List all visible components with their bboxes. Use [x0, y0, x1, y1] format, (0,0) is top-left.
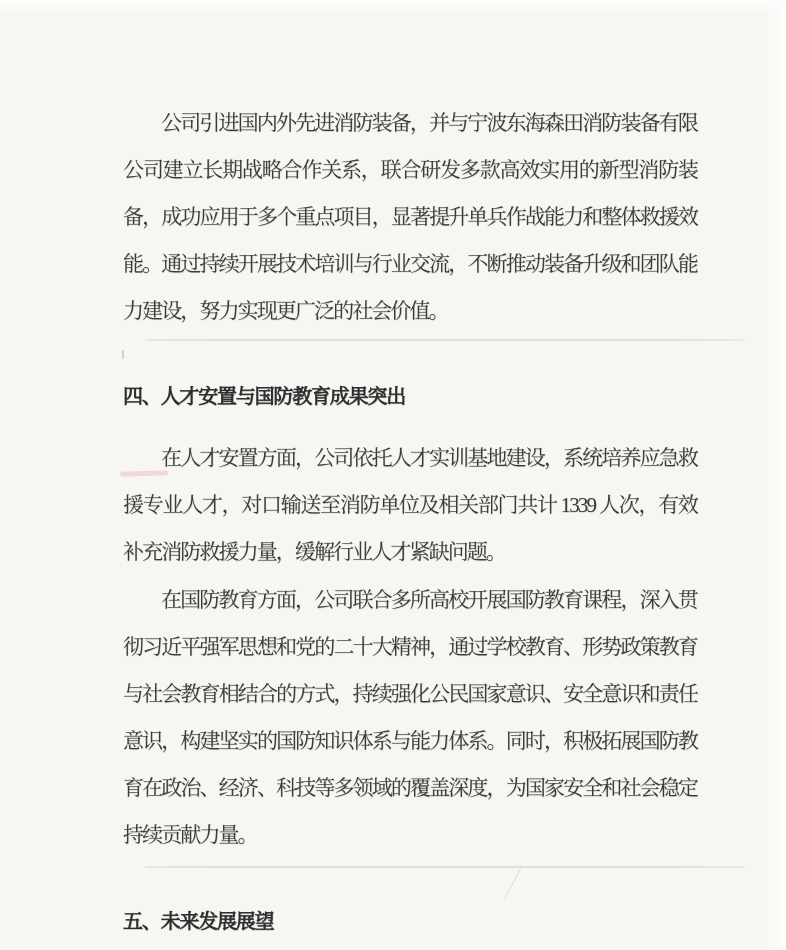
scan-artifact-speck [122, 350, 124, 359]
paragraph-talent-placement: 在人才安置方面，公司依托人才实训基地建设，系统培养应急救援专业人才，对口输送至消… [123, 435, 697, 576]
section-heading-4-talent-defense-education: 四、人才安置与国防教育成果突出 [123, 383, 697, 411]
paragraph-defense-education: 在国防教育方面，公司联合多所高校开展国防教育课程，深入贯彻习近平强军思想和党的二… [123, 577, 697, 859]
section-divider [145, 339, 745, 341]
scan-edge-highlight [778, 0, 786, 950]
document-content: 公司引进国内外先进消防装备，并与宁波东海森田消防装备有限公司建立长期战略合作关系… [123, 0, 697, 936]
scanned-document-page: 公司引进国内外先进消防装备，并与宁波东海森田消防装备有限公司建立长期战略合作关系… [0, 0, 786, 950]
section-heading-5-future-outlook: 五、未来发展展望 [123, 908, 697, 936]
paragraph-equipment-cooperation: 公司引进国内外先进消防装备，并与宁波东海森田消防装备有限公司建立长期战略合作关系… [123, 100, 697, 335]
section-divider [145, 866, 745, 868]
